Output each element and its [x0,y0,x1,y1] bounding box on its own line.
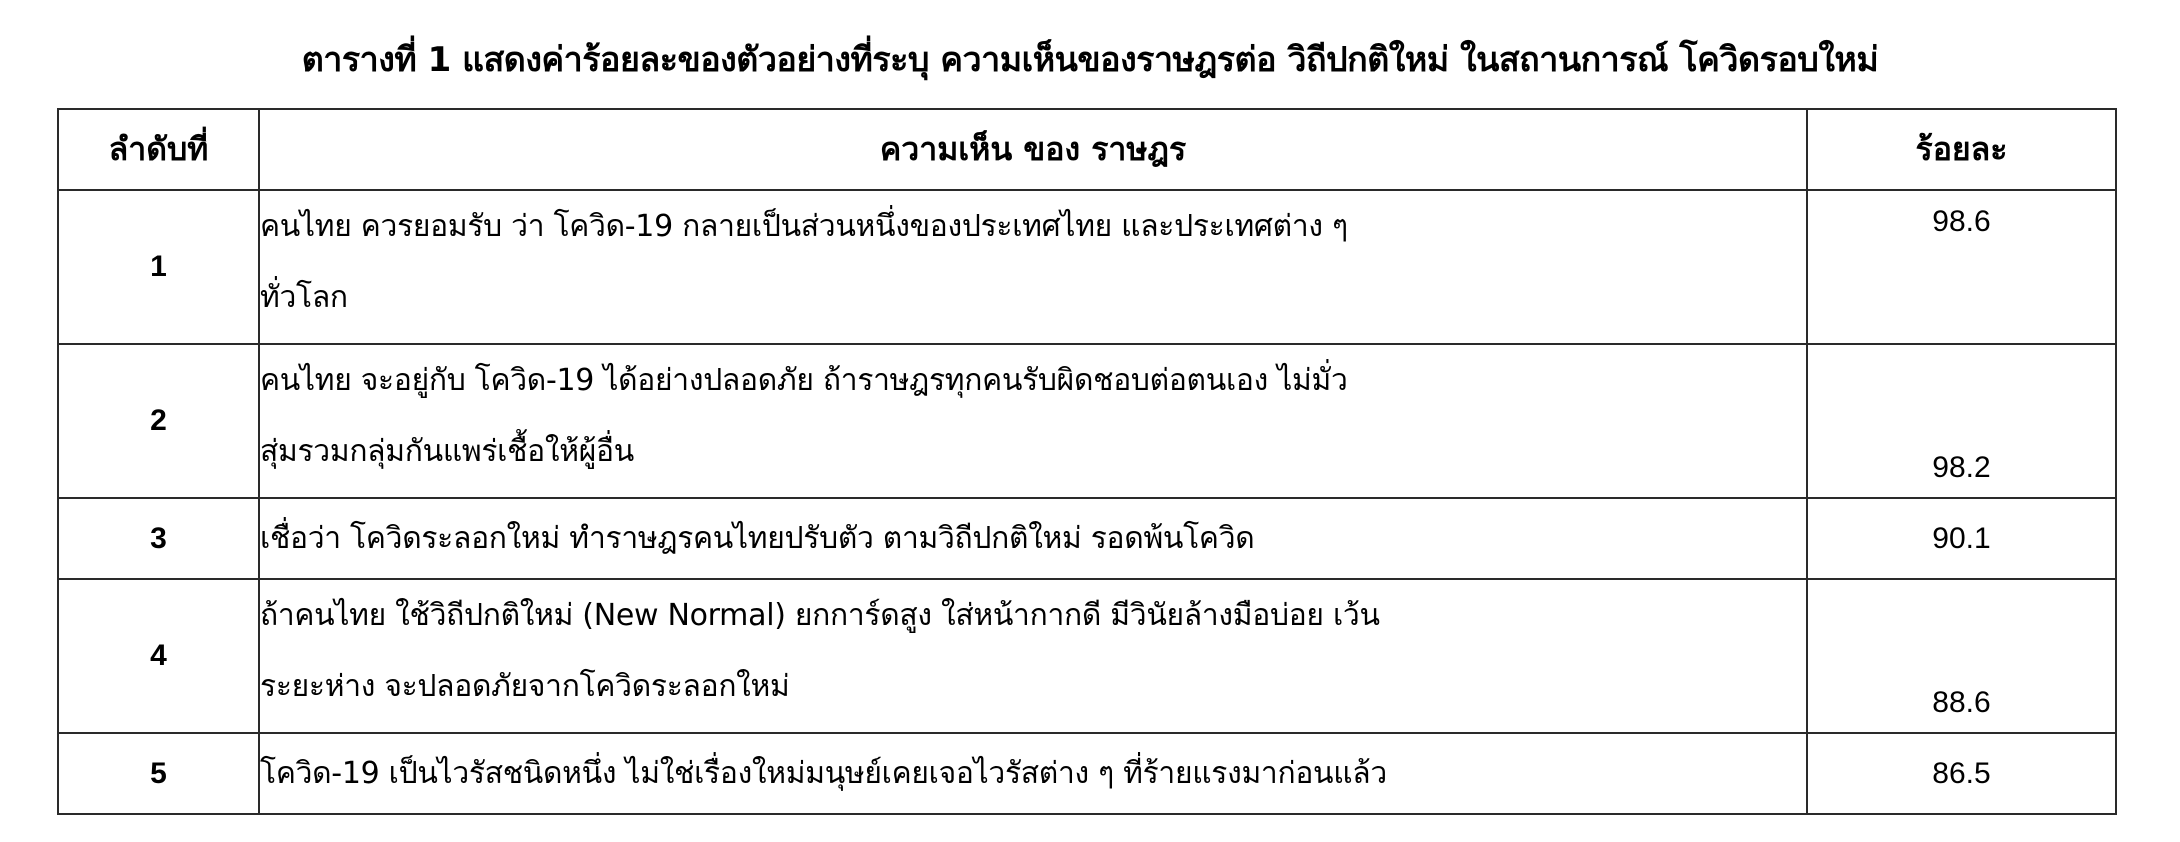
table-caption: ตารางที่ 1 แสดงค่าร้อยละของตัวอย่างที่ระ… [0,22,2180,98]
opinion-percentage-table: ลำดับที่ ความเห็น ของ ราษฎร ร้อยละ 1 คนไ… [57,108,2117,815]
header-rank: ลำดับที่ [58,109,259,190]
percent-cell: 86.5 [1807,733,2116,814]
opinion-line: ทั่วโลก [260,262,1806,333]
table-row: 1 คนไทย ควรยอมรับ ว่า โควิด-19 กลายเป็นส… [58,190,2116,344]
opinion-cell: เชื่อว่า โควิดระลอกใหม่ ทำราษฎรคนไทยปรับ… [259,498,1807,579]
header-percent: ร้อยละ [1807,109,2116,190]
opinion-line: โควิด-19 เป็นไวรัสชนิดหนึ่ง ไม่ใช่เรื่อง… [260,738,1806,809]
opinion-line: คนไทย จะอยู่กับ โควิด-19 ได้อย่างปลอดภัย… [260,345,1806,416]
rank-cell: 5 [58,733,259,814]
rank-cell: 3 [58,498,259,579]
rank-cell: 1 [58,190,259,344]
table-row: 2 คนไทย จะอยู่กับ โควิด-19 ได้อย่างปลอดภ… [58,344,2116,498]
percent-cell: 98.6 [1807,190,2116,344]
table-row: 5 โควิด-19 เป็นไวรัสชนิดหนึ่ง ไม่ใช่เรื่… [58,733,2116,814]
opinion-line: ระยะห่าง จะปลอดภัยจากโควิดระลอกใหม่ [260,651,1806,722]
table-row: 4 ถ้าคนไทย ใช้วิถีปกติใหม่ (New Normal) … [58,579,2116,733]
percent-cell: 88.6 [1807,579,2116,733]
opinion-line: คนไทย ควรยอมรับ ว่า โควิด-19 กลายเป็นส่ว… [260,191,1806,262]
opinion-line: สุ่มรวมกลุ่มกันแพร่เชื้อให้ผู้อื่น [260,416,1806,487]
opinion-cell: คนไทย จะอยู่กับ โควิด-19 ได้อย่างปลอดภัย… [259,344,1807,498]
header-opinion: ความเห็น ของ ราษฎร [259,109,1807,190]
table-row: 3 เชื่อว่า โควิดระลอกใหม่ ทำราษฎรคนไทยปร… [58,498,2116,579]
opinion-cell: โควิด-19 เป็นไวรัสชนิดหนึ่ง ไม่ใช่เรื่อง… [259,733,1807,814]
opinion-cell: คนไทย ควรยอมรับ ว่า โควิด-19 กลายเป็นส่ว… [259,190,1807,344]
opinion-line: เชื่อว่า โควิดระลอกใหม่ ทำราษฎรคนไทยปรับ… [260,503,1806,574]
opinion-cell: ถ้าคนไทย ใช้วิถีปกติใหม่ (New Normal) ยก… [259,579,1807,733]
percent-cell: 90.1 [1807,498,2116,579]
rank-cell: 2 [58,344,259,498]
percent-cell: 98.2 [1807,344,2116,498]
opinion-line: ถ้าคนไทย ใช้วิถีปกติใหม่ (New Normal) ยก… [260,580,1806,651]
table-header-row: ลำดับที่ ความเห็น ของ ราษฎร ร้อยละ [58,109,2116,190]
rank-cell: 4 [58,579,259,733]
